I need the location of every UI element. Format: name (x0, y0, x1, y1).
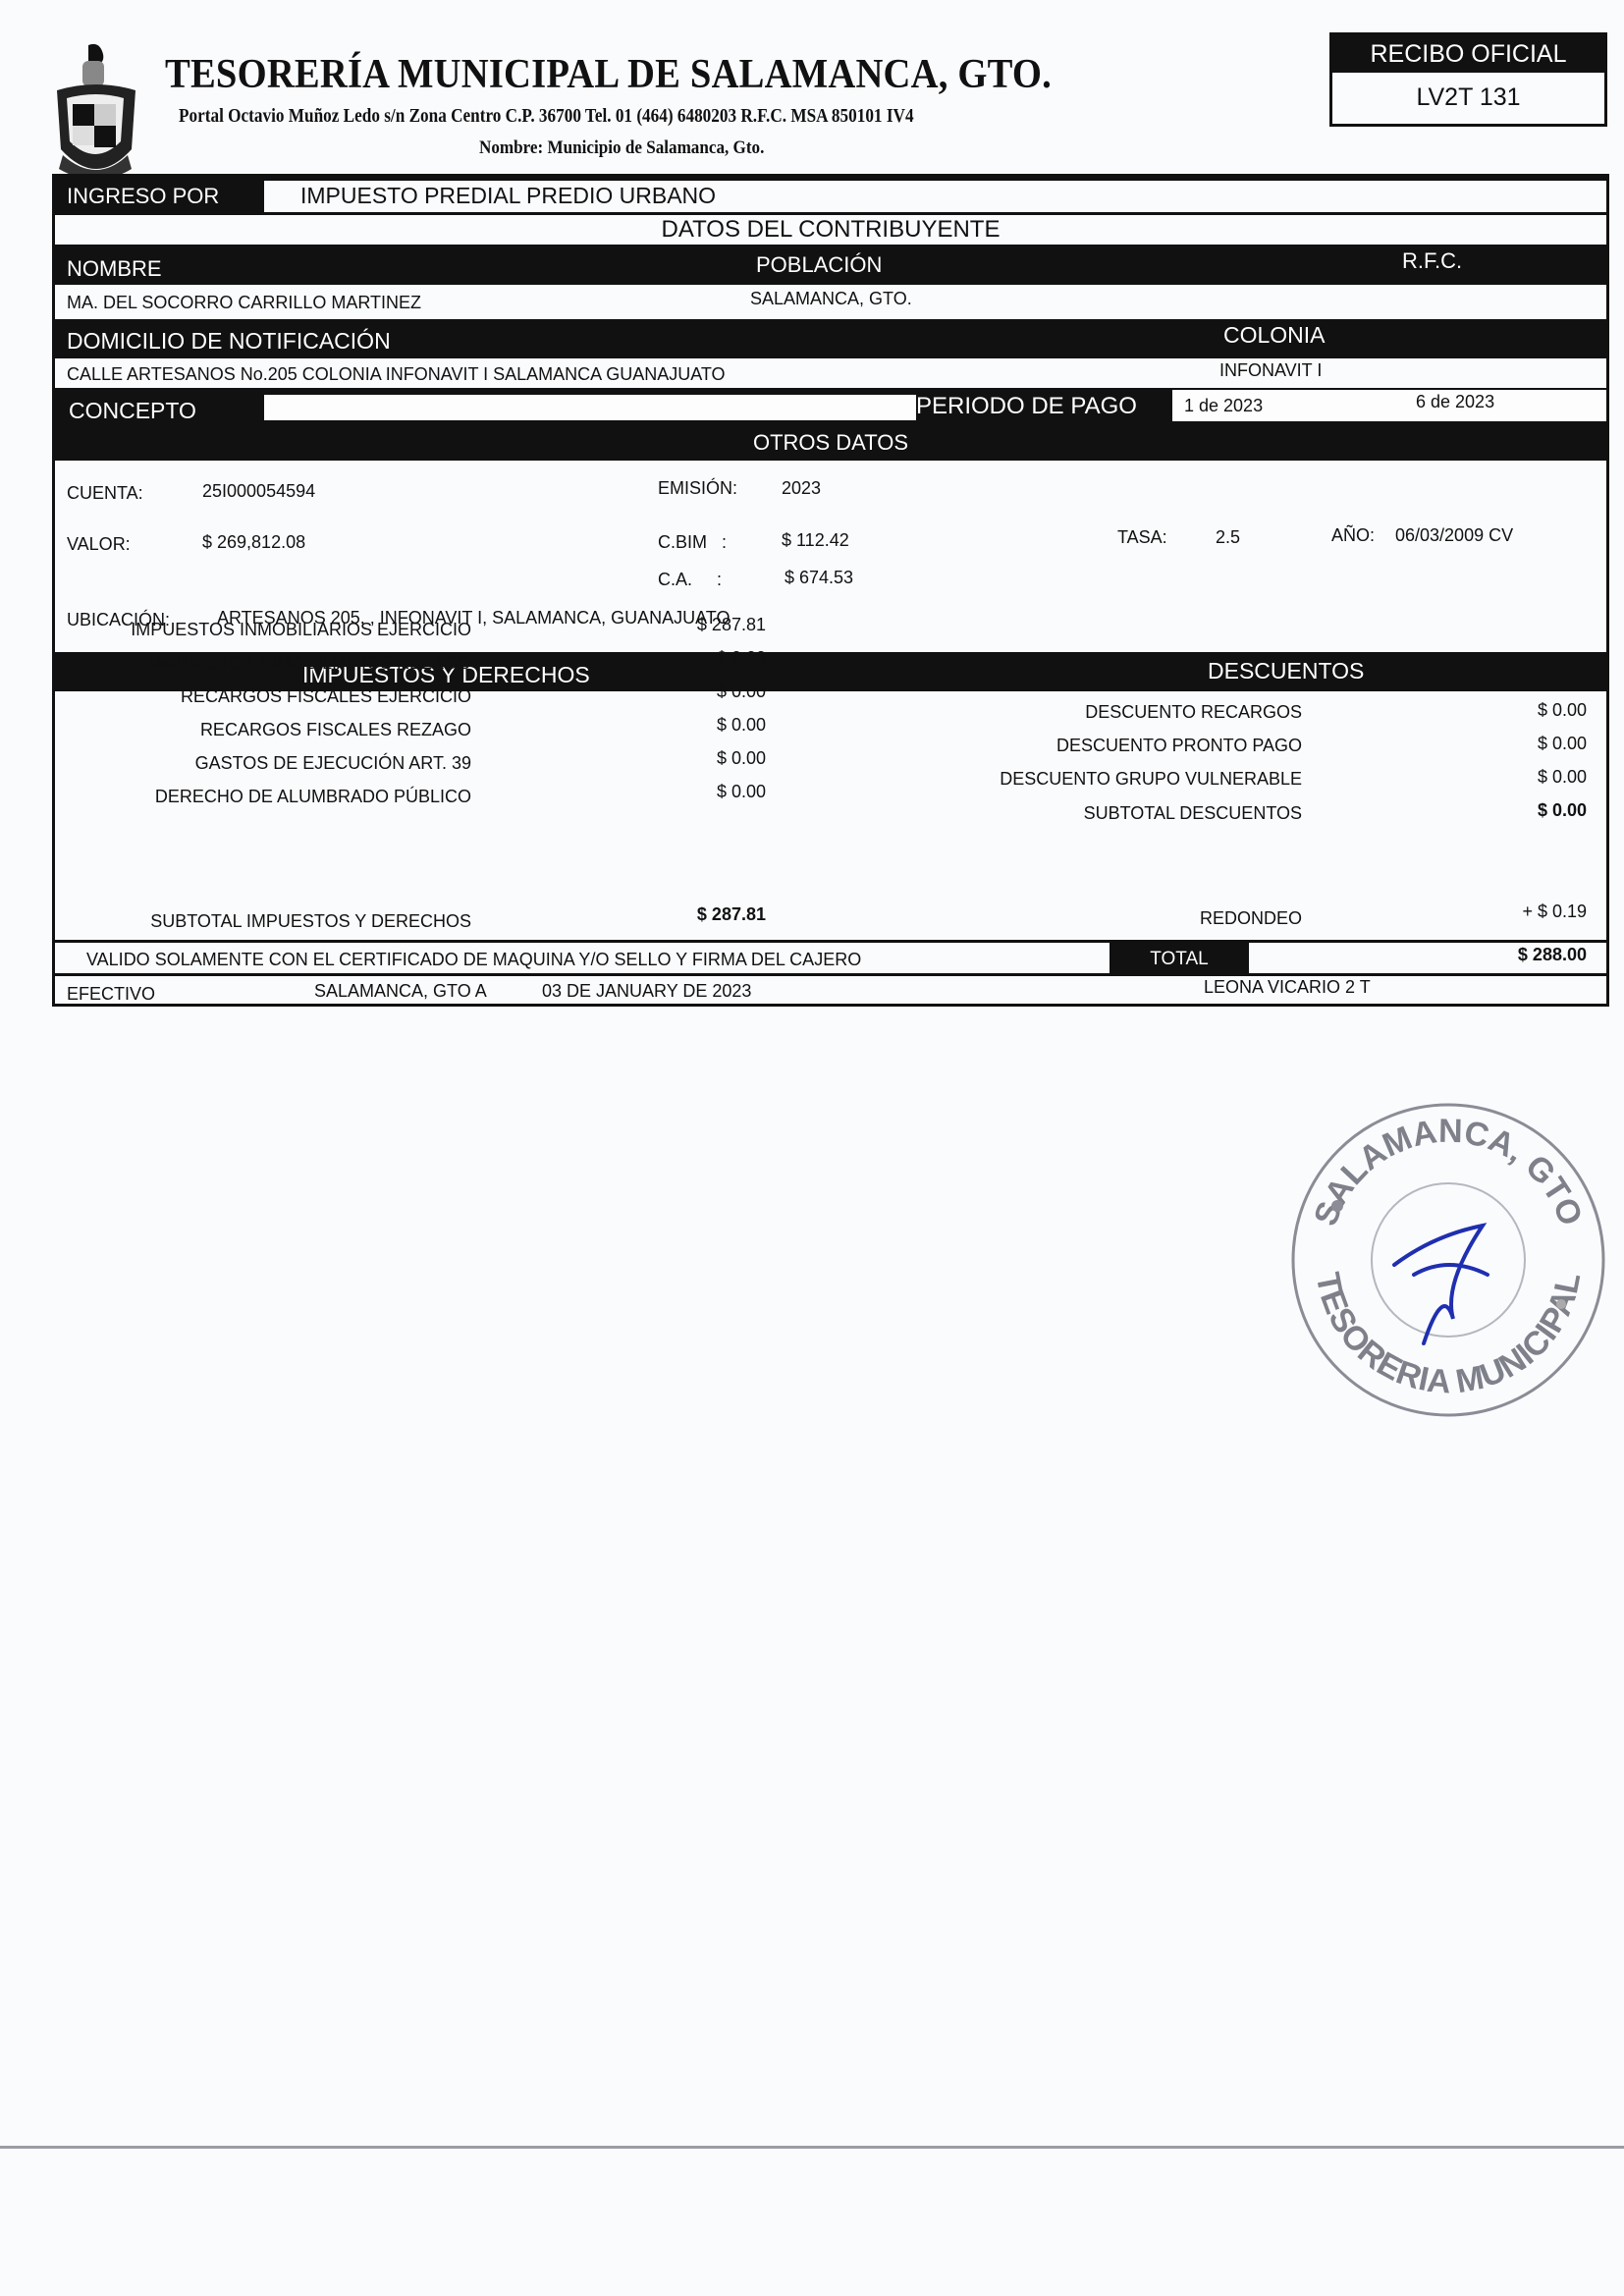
domicilio-value: CALLE ARTESANOS No.205 COLONIA INFONAVIT… (67, 364, 726, 385)
impuesto-item-amount: $ 0.00 (605, 782, 766, 802)
nombre-header-bar: NOMBRE POBLACIÓN R.F.C. (55, 245, 1606, 285)
descuento-item-amount: $ 0.00 (1430, 767, 1587, 788)
total-label-box: TOTAL (1110, 943, 1249, 973)
municipal-crest-icon (49, 39, 142, 187)
page-fold-line (0, 2146, 1624, 2149)
svg-text:SALAMANCA, GTO: SALAMANCA, GTO (1307, 1113, 1590, 1230)
descuento-item-label: DESCUENTO PRONTO PAGO (840, 736, 1302, 756)
descuentos-section-title: DESCUENTOS (1208, 658, 1364, 684)
descuento-item-label: DESCUENTO RECARGOS (840, 702, 1302, 723)
nombre-value: MA. DEL SOCORRO CARRILLO MARTINEZ (67, 293, 421, 313)
valor-label: VALOR: (67, 534, 131, 555)
payment-method: EFECTIVO (67, 984, 155, 1005)
colonia-value: INFONAVIT I (1219, 360, 1322, 381)
impuesto-item-amount: $ 0.00 (605, 648, 766, 669)
impuestos-subtotal-value: $ 287.81 (605, 904, 766, 925)
payment-place: SALAMANCA, GTO A (314, 981, 487, 1002)
impuesto-item-label: IMPUESTOS INMOBILIARIOS REZAGO (55, 653, 471, 674)
poblacion-label: POBLACIÓN (756, 252, 882, 278)
ingreso-label: INGRESO POR (67, 184, 219, 209)
descuentos-subtotal-label: SUBTOTAL DESCUENTOS (840, 803, 1302, 824)
domicilio-label: DOMICILIO DE NOTIFICACIÓN (67, 328, 391, 355)
impuesto-item-amount: $ 0.00 (605, 748, 766, 769)
ca-label: C.A. : (658, 570, 722, 590)
treasury-entity-name: Nombre: Municipio de Salamanca, Gto. (479, 137, 764, 159)
rfc-label: R.F.C. (1402, 248, 1462, 274)
total-label: TOTAL (1110, 949, 1249, 970)
cbim-value: $ 112.42 (782, 530, 849, 551)
contribuyente-section-title: DATOS DEL CONTRIBUYENTE (55, 216, 1606, 244)
impuesto-item-amount: $ 0.00 (605, 682, 766, 702)
periodo-hasta: 6 de 2023 (1416, 392, 1494, 412)
periodo-desde: 1 de 2023 (1184, 396, 1263, 416)
impuesto-item-label: RECARGOS FISCALES REZAGO (55, 720, 471, 740)
nombre-label: NOMBRE (67, 256, 162, 282)
colonia-label: COLONIA (1223, 322, 1326, 349)
periodo-label: PERIODO DE PAGO (916, 393, 1137, 420)
descuento-item-amount: $ 0.00 (1430, 700, 1587, 721)
cashier-location: LEONA VICARIO 2 T (1204, 977, 1371, 998)
treasury-seal-stamp-icon: SALAMANCA, GTO TESORERIA MUNICIPAL (1276, 1088, 1620, 1432)
impuesto-item-label: RECARGOS FISCALES EJERCICIO (55, 686, 471, 707)
treasury-title: TESORERÍA MUNICIPAL DE SALAMANCA, GTO. (165, 51, 1052, 98)
impuesto-item-label: DERECHO DE ALUMBRADO PÚBLICO (55, 787, 471, 807)
valor-value: $ 269,812.08 (202, 532, 305, 553)
ingreso-label-bar: INGRESO POR (55, 177, 264, 212)
cuenta-label: CUENTA: (67, 483, 143, 504)
receipt-label: RECIBO OFICIAL (1332, 35, 1604, 73)
emision-label: EMISIÓN: (658, 478, 737, 499)
domicilio-header-bar: DOMICILIO DE NOTIFICACIÓN COLONIA (55, 319, 1606, 358)
payment-date: 03 DE JANUARY DE 2023 (542, 981, 751, 1002)
periodo-value-box: 1 de 2023 6 de 2023 (1172, 390, 1606, 421)
concepto-label: CONCEPTO (69, 398, 196, 424)
impuesto-item-label: IMPUESTOS INMOBILIARIOS EJERCICIO (55, 620, 471, 640)
cuenta-value: 25I000054594 (202, 481, 315, 502)
anio-label: AÑO: (1331, 525, 1375, 546)
tasa-value: 2.5 (1216, 527, 1240, 548)
receipt-body: INGRESO POR IMPUESTO PREDIAL PREDIO URBA… (52, 174, 1609, 1007)
impuestos-subtotal-label: SUBTOTAL IMPUESTOS Y DERECHOS (55, 911, 471, 932)
descuentos-subtotal-value: $ 0.00 (1430, 800, 1587, 821)
redondeo-value: + $ 0.19 (1430, 902, 1587, 922)
validity-note: VALIDO SOLAMENTE CON EL CERTIFICADO DE M… (86, 950, 861, 970)
descuento-item-amount: $ 0.00 (1430, 734, 1587, 754)
impuesto-item-amount: $ 287.81 (605, 615, 766, 635)
descuento-item-label: DESCUENTO GRUPO VULNERABLE (840, 769, 1302, 790)
tasa-label: TASA: (1117, 527, 1167, 548)
cbim-label: C.BIM : (658, 532, 727, 553)
receipt-number-box: RECIBO OFICIAL LV2T 131 (1329, 32, 1607, 127)
impuesto-item-amount: $ 0.00 (605, 715, 766, 736)
concepto-value-box (264, 395, 916, 420)
redondeo-label: REDONDEO (840, 908, 1302, 929)
emision-value: 2023 (782, 478, 821, 499)
anio-value: 06/03/2009 CV (1395, 525, 1513, 546)
impuesto-item-label: GASTOS DE EJECUCIÓN ART. 39 (55, 753, 471, 774)
poblacion-value: SALAMANCA, GTO. (750, 289, 912, 309)
total-value: $ 288.00 (1430, 945, 1587, 965)
ingreso-value: IMPUESTO PREDIAL PREDIO URBANO (300, 183, 716, 209)
otros-datos-section-title: OTROS DATOS (55, 430, 1606, 456)
ca-value: $ 674.53 (785, 568, 853, 588)
receipt-number: LV2T 131 (1332, 73, 1604, 122)
treasury-address: Portal Octavio Muñoz Ledo s/n Zona Centr… (179, 105, 914, 128)
